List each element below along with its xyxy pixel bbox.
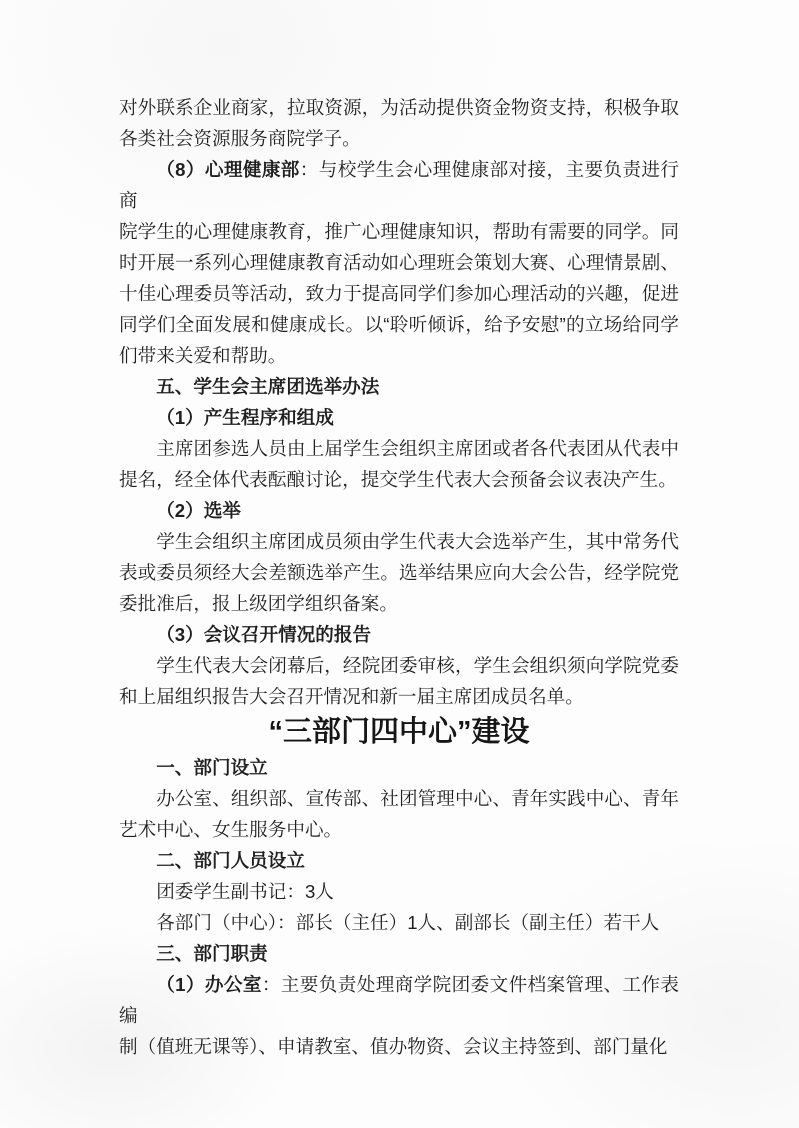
bold-run: 一、部门设立 bbox=[156, 757, 268, 778]
document-line: 学生会组织主席团成员须由学生代表大会选举产生，其中常务代 bbox=[119, 526, 679, 557]
bold-run: 二、部门人员设立 bbox=[156, 850, 305, 871]
text-run: 办公室、组织部、宣传部、社团管理中心、青年实践中心、青年 bbox=[156, 788, 679, 809]
document-line: 们带来关爱和帮助。 bbox=[119, 340, 679, 371]
text-run: 和上届组织报告大会召开情况和新一届主席团成员名单。 bbox=[119, 686, 584, 707]
text-run: 院学生的心理健康教育，推广心理健康知识，帮助有需要的同学。同 bbox=[119, 221, 679, 242]
document-line: 一、部门设立 bbox=[119, 752, 679, 783]
bold-run: （1）产生程序和组成 bbox=[156, 407, 334, 428]
text-run: 制（值班无课等）、申请教室、值办物资、会议主持签到、部门量化 bbox=[119, 1036, 668, 1057]
document-page: 对外联系企业商家，拉取资源，为活动提供资金物资支持，积极争取各类社会资源服务商院… bbox=[0, 0, 799, 1128]
text-run: 委批准后，报上级团学组织备案。 bbox=[119, 593, 398, 614]
text-run: 提名，经全体代表酝酿讨论，提交学生代表大会预备会议表决产生。 bbox=[119, 469, 677, 490]
document-line: （1）办公室：主要负责处理商学院团委文件档案管理、工作表编 bbox=[119, 969, 679, 1031]
document-line: 各类社会资源服务商院学子。 bbox=[119, 123, 679, 154]
document-line: 三、部门职责 bbox=[119, 938, 679, 969]
document-line: 十佳心理委员等活动，致力于提高同学们参加心理活动的兴趣，促进 bbox=[119, 278, 679, 309]
document-line: （1）产生程序和组成 bbox=[119, 402, 679, 433]
document-line: 学生代表大会闭幕后，经院团委审核，学生会组织须向学院党委 bbox=[119, 650, 679, 681]
document-line: 艺术中心、女生服务中心。 bbox=[119, 814, 679, 845]
text-run: 学生代表大会闭幕后，经院团委审核，学生会组织须向学院党委 bbox=[156, 655, 679, 676]
text-run: 学生会组织主席团成员须由学生代表大会选举产生，其中常务代 bbox=[156, 531, 679, 552]
document-line: （3）会议召开情况的报告 bbox=[119, 619, 679, 650]
text-run: 各类社会资源服务商院学子。 bbox=[119, 128, 361, 149]
bold-run: 三、部门职责 bbox=[156, 943, 268, 964]
text-run: 艺术中心、女生服务中心。 bbox=[119, 819, 342, 840]
document-line: 表或委员须经大会差额选举产生。选举结果应向大会公告，经学院党 bbox=[119, 557, 679, 588]
document-line: 时开展一系列心理健康教育活动如心理班会策划大赛、心理情景剧、 bbox=[119, 247, 679, 278]
document-line: 和上届组织报告大会召开情况和新一届主席团成员名单。 bbox=[119, 681, 679, 712]
document-line: 办公室、组织部、宣传部、社团管理中心、青年实践中心、青年 bbox=[119, 783, 679, 814]
text-run: 们带来关爱和帮助。 bbox=[119, 345, 286, 366]
document-body: 对外联系企业商家，拉取资源，为活动提供资金物资支持，积极争取各类社会资源服务商院… bbox=[119, 92, 679, 1062]
bold-run: （3）会议召开情况的报告 bbox=[156, 624, 371, 645]
document-line: 主席团参选人员由上届学生会组织主席团或者各代表团从代表中 bbox=[119, 433, 679, 464]
bold-run: （2）选举 bbox=[156, 500, 241, 521]
document-line: （2）选举 bbox=[119, 495, 679, 526]
bold-run: 五、学生会主席团选举办法 bbox=[156, 376, 379, 397]
document-line: 五、学生会主席团选举办法 bbox=[119, 371, 679, 402]
text-run: 对外联系企业商家，拉取资源，为活动提供资金物资支持，积极争取 bbox=[119, 97, 679, 118]
text-run: 十佳心理委员等活动，致力于提高同学们参加心理活动的兴趣，促进 bbox=[119, 283, 679, 304]
bold-run: “三部门四中心”建设 bbox=[268, 716, 529, 748]
text-run: 团委学生副书记：3人 bbox=[156, 881, 334, 902]
document-line: （8）心理健康部：与校学生会心理健康部对接，主要负责进行商 bbox=[119, 154, 679, 216]
text-run: 表或委员须经大会差额选举产生。选举结果应向大会公告，经学院党 bbox=[119, 562, 679, 583]
document-title: “三部门四中心”建设 bbox=[119, 712, 679, 752]
text-run: 各部门（中心）：部长（主任）1人、副部长（副主任）若干人 bbox=[156, 912, 659, 933]
text-run: 同学们全面发展和健康成长。以“聆听倾诉，给予安慰”的立场给同学 bbox=[119, 314, 679, 335]
text-run: 时开展一系列心理健康教育活动如心理班会策划大赛、心理情景剧、 bbox=[119, 252, 679, 273]
text-run: 主席团参选人员由上届学生会组织主席团或者各代表团从代表中 bbox=[156, 438, 679, 459]
document-line: 院学生的心理健康教育，推广心理健康知识，帮助有需要的同学。同 bbox=[119, 216, 679, 247]
document-line: 委批准后，报上级团学组织备案。 bbox=[119, 588, 679, 619]
document-line: 同学们全面发展和健康成长。以“聆听倾诉，给予安慰”的立场给同学 bbox=[119, 309, 679, 340]
document-line: 二、部门人员设立 bbox=[119, 845, 679, 876]
document-line: 对外联系企业商家，拉取资源，为活动提供资金物资支持，积极争取 bbox=[119, 92, 679, 123]
document-line: 团委学生副书记：3人 bbox=[119, 876, 679, 907]
document-line: 各部门（中心）：部长（主任）1人、副部长（副主任）若干人 bbox=[119, 907, 679, 938]
bold-run: （8）心理健康部 bbox=[156, 159, 300, 180]
document-line: 提名，经全体代表酝酿讨论，提交学生代表大会预备会议表决产生。 bbox=[119, 464, 679, 495]
document-line: 制（值班无课等）、申请教室、值办物资、会议主持签到、部门量化 bbox=[119, 1031, 679, 1062]
bold-run: （1）办公室 bbox=[156, 974, 262, 995]
